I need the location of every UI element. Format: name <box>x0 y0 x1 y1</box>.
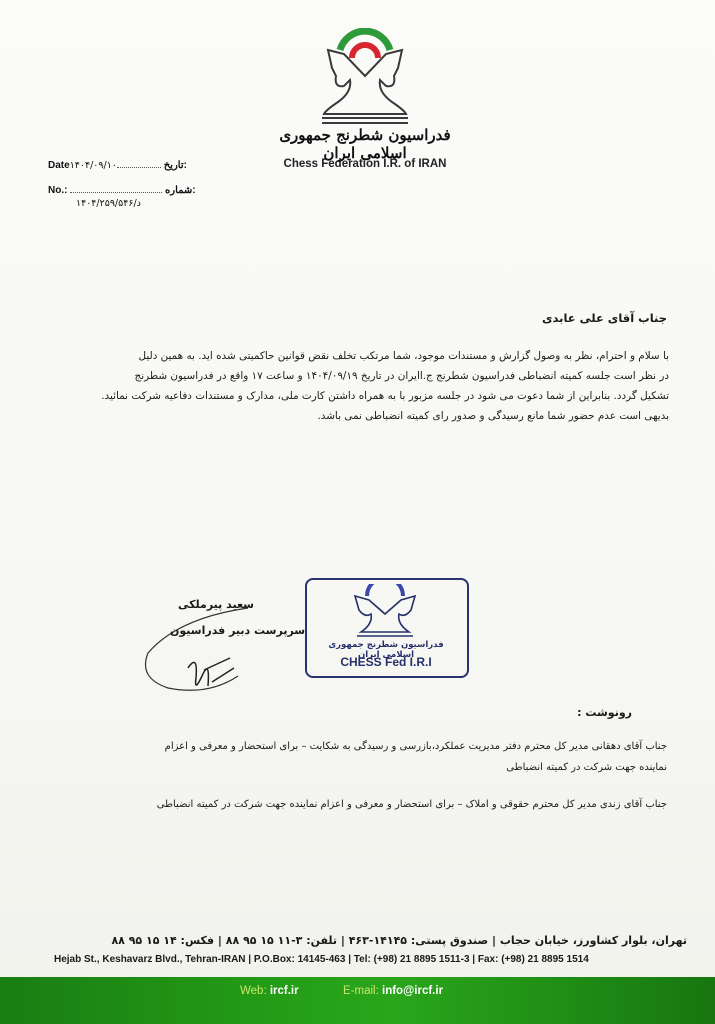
logo-text-persian: فدراسیون شطرنج جمهوری اسلامی ایران <box>260 126 470 162</box>
letter-body: با سلام و احترام، نظر به وصول گزارش و مس… <box>259 346 669 426</box>
number-field: No.: شماره: <box>48 184 196 196</box>
footer-contacts: Web: ircf.ir E-mail: info@ircf.ir <box>240 985 443 997</box>
cc-item: جناب آقای دهقانی مدیر کل محترم دفتر مدیر… <box>165 736 667 757</box>
stamp-text-english: CHESS Fed I.R.I <box>312 655 460 669</box>
date-label-en: Date <box>48 160 70 171</box>
date-value: ۱۴۰۴/۰۹/۱۰ <box>70 160 117 171</box>
body-line: بدیهی است عدم حضور شما مانع رسیدگی و صدو… <box>259 406 669 426</box>
cc-item-continued: نماینده جهت شرکت در کمیته انضباطی <box>506 757 667 778</box>
stamp-logo-icon <box>345 584 425 640</box>
number-label-en: No.: <box>48 185 67 196</box>
web-link[interactable]: ircf.ir <box>270 985 299 997</box>
email-link[interactable]: info@ircf.ir <box>382 985 443 997</box>
body-line: با سلام و احترام، نظر به وصول گزارش و مس… <box>259 346 669 366</box>
number-value-row: ۱۴۰۴/۲۵۹/د/۵۴۶ <box>76 198 141 209</box>
body-line: تشکیل گردد. بنابراین از شما دعوت می شود … <box>259 386 669 406</box>
logo-text-english: Chess Federation I.R. of IRAN <box>260 158 470 170</box>
chess-federation-logo-icon <box>300 28 430 128</box>
address-english: Hejab St., Keshavarz Blvd., Tehran-IRAN … <box>54 954 589 965</box>
signatory-title: سرپرست دبیر فدراسیون <box>170 624 305 637</box>
address-persian: تهران، بلوار کشاورز، خیابان حجاب | صندوق… <box>111 934 687 947</box>
email-label: E-mail: <box>343 985 379 997</box>
date-label-fa: تاریخ: <box>164 160 187 171</box>
cc-item: جناب آقای زندی مدیر کل محترم حقوقی و امل… <box>157 794 667 815</box>
body-line: در نظر است جلسه کمیته انضباطی فدراسیون ش… <box>259 366 669 386</box>
number-label-fa: شماره: <box>165 185 196 196</box>
date-field: Date۱۴۰۴/۰۹/۱۰ تاریخ: <box>48 159 187 171</box>
salutation: جناب آقای علی عابدی <box>542 308 667 328</box>
number-value: ۱۴۰۴/۲۵۹/د/۵۴۶ <box>76 198 141 209</box>
signatory-name: سعید پیرملکی <box>178 598 254 611</box>
signature-scribble-icon <box>138 598 258 708</box>
web-label: Web: <box>240 985 267 997</box>
dotted-line <box>117 159 161 168</box>
dotted-line <box>70 184 162 193</box>
cc-label: رونوشت : <box>577 706 632 719</box>
